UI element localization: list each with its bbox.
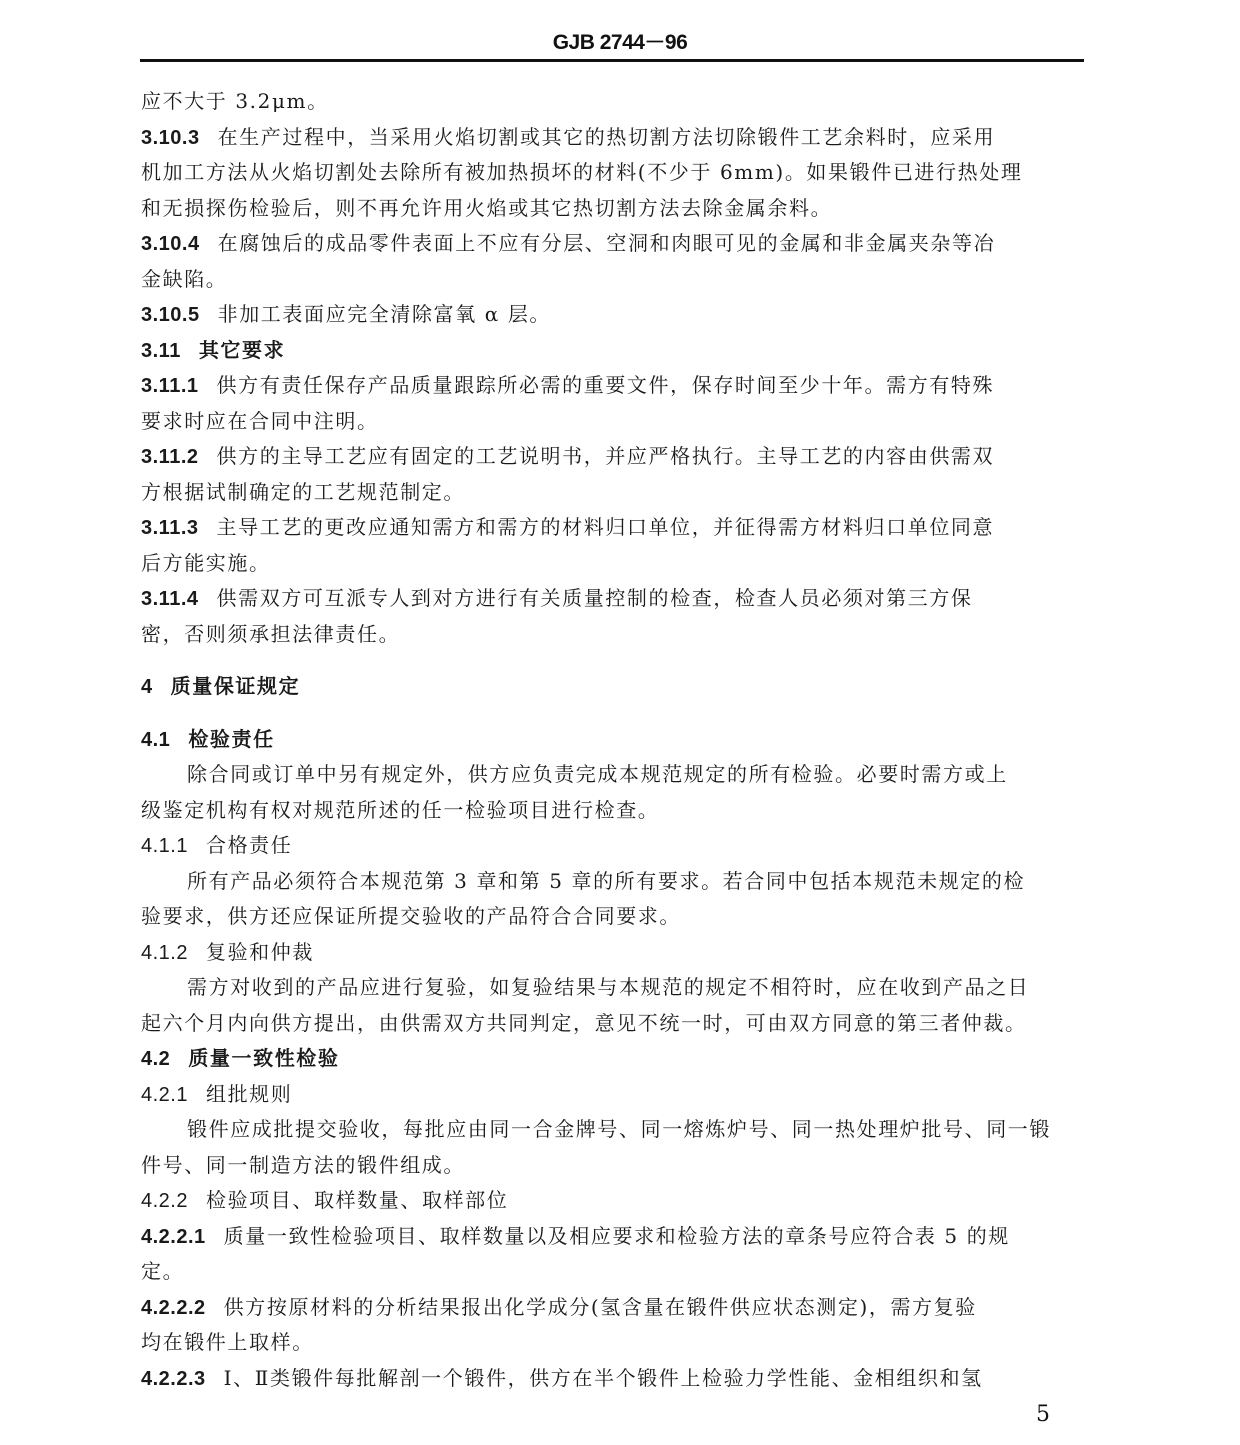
clause-number: 4.2.1	[141, 1084, 188, 1106]
paragraph-line: 锻件应成批提交验收，每批应由同一合金牌号、同一熔炼炉号、同一热处理炉批号、同一锻	[141, 1112, 1085, 1148]
paragraph-line: 定。	[141, 1254, 1085, 1290]
clause-number: 3.11.3	[141, 517, 199, 539]
chapter-heading-text: 质量保证规定	[171, 674, 301, 698]
clause-3-10-5: 3.10.5非加工表面应完全清除富氧 α 层。	[141, 297, 1085, 333]
section-heading-text: 检验责任	[188, 727, 274, 751]
paragraph-line: 需方对收到的产品应进行复验，如复验结果与本规范的规定不相符时，应在收到产品之日	[141, 970, 1085, 1006]
subsection-heading-4-2-2: 4.2.2检验项目、取样数量、取样部位	[141, 1183, 1085, 1219]
document-header-title: GJB 2744－96	[0, 26, 1240, 56]
clause-number: 4	[141, 676, 153, 698]
paragraph-line: 起六个月内向供方提出，由供需双方共同判定，意见不统一时，可由双方同意的第三者仲裁…	[141, 1006, 1085, 1042]
paragraph-line: 质量一致性检验项目、取样数量以及相应要求和检验方法的章条号应符合表 5 的规	[224, 1224, 1010, 1248]
paragraph-line: 应不大于 3.2μm。	[141, 84, 1085, 120]
paragraph-4-1: 除合同或订单中另有规定外，供方应负责完成本规范规定的所有检验。必要时需方或上 级…	[141, 757, 1085, 828]
clause-number: 3.10.3	[141, 127, 200, 149]
clause-number: 3.11.1	[141, 375, 199, 397]
clause-number: 4.1	[141, 729, 170, 751]
clause-number: 4.2.2	[141, 1190, 188, 1212]
paragraph-line: 在生产过程中，当采用火焰切割或其它的热切割方法切除锻件工艺余料时，应采用	[218, 125, 996, 149]
paragraph-line: 均在锻件上取样。	[141, 1325, 1085, 1361]
paragraph-line: 要求时应在合同中注明。	[141, 404, 1085, 440]
clause-3-10-4: 3.10.4在腐蚀后的成品零件表面上不应有分层、空洞和肉眼可见的金属和非金属夹杂…	[141, 226, 1085, 297]
clause-3-11-4: 3.11.4供需双方可互派专人到对方进行有关质量控制的检查，检查人员必须对第三方…	[141, 581, 1085, 652]
paragraph-line: 主导工艺的更改应通知需方和需方的材料归口单位，并征得需方材料归口单位同意	[217, 515, 995, 539]
document-body: 应不大于 3.2μm。 3.10.3在生产过程中，当采用火焰切割或其它的热切割方…	[141, 84, 1085, 1396]
section-heading-text: 其它要求	[199, 338, 285, 362]
paragraph-line: 所有产品必须符合本规范第 3 章和第 5 章的所有要求。若合同中包括本规范未规定…	[141, 864, 1085, 900]
subsection-heading-4-1-2: 4.1.2复验和仲裁	[141, 935, 1085, 971]
paragraph-line: 件号、同一制造方法的锻件组成。	[141, 1148, 1085, 1184]
header-divider	[140, 59, 1084, 62]
section-heading-4-2: 4.2质量一致性检验	[141, 1041, 1085, 1077]
clause-4-2-2-1: 4.2.2.1质量一致性检验项目、取样数量以及相应要求和检验方法的章条号应符合表…	[141, 1219, 1085, 1290]
section-heading-text: 质量一致性检验	[188, 1046, 339, 1070]
paragraph-line: 供方按原材料的分析结果报出化学成分(氢含量在锻件供应状态测定)，需方复验	[224, 1295, 977, 1319]
clause-number: 3.10.4	[141, 233, 200, 255]
subsection-heading-text: 组批规则	[206, 1082, 292, 1106]
section-heading-3-11: 3.11其它要求	[141, 333, 1085, 369]
paragraph-line: 密，否则须承担法律责任。	[141, 617, 1085, 653]
subsection-heading-text: 检验项目、取样数量、取样部位	[206, 1188, 508, 1212]
paragraph-line: 验要求，供方还应保证所提交验收的产品符合合同要求。	[141, 899, 1085, 935]
paragraph-line: 非加工表面应完全清除富氧 α 层。	[218, 302, 551, 326]
clause-number: 3.11	[141, 340, 181, 362]
clause-3-11-3: 3.11.3主导工艺的更改应通知需方和需方的材料归口单位，并征得需方材料归口单位…	[141, 510, 1085, 581]
paragraph-line: 方根据试制确定的工艺规范制定。	[141, 475, 1085, 511]
spacer	[141, 705, 1085, 722]
paragraph-4-1-1: 所有产品必须符合本规范第 3 章和第 5 章的所有要求。若合同中包括本规范未规定…	[141, 864, 1085, 935]
subsection-heading-text: 复验和仲裁	[206, 940, 314, 964]
chapter-heading-4: 4质量保证规定	[141, 669, 1085, 705]
subsection-heading-4-2-1: 4.2.1组批规则	[141, 1077, 1085, 1113]
clause-3-10-3: 3.10.3在生产过程中，当采用火焰切割或其它的热切割方法切除锻件工艺余料时，应…	[141, 120, 1085, 227]
clause-3-11-1: 3.11.1供方有责任保存产品质量跟踪所必需的重要文件，保存时间至少十年。需方有…	[141, 368, 1085, 439]
paragraph-line: 供需双方可互派专人到对方进行有关质量控制的检查，检查人员必须对第三方保	[217, 586, 973, 610]
paragraph-line: 供方有责任保存产品质量跟踪所必需的重要文件，保存时间至少十年。需方有特殊	[217, 373, 995, 397]
page-number: 5	[1036, 1402, 1050, 1427]
clause-number: 4.2.2.1	[141, 1226, 206, 1248]
spacer	[141, 652, 1085, 669]
paragraph-4-2-1: 锻件应成批提交验收，每批应由同一合金牌号、同一熔炼炉号、同一热处理炉批号、同一锻…	[141, 1112, 1085, 1183]
paragraph-line: 机加工方法从火焰切割处去除所有被加热损坏的材料(不少于 6mm)。如果锻件已进行…	[141, 155, 1085, 191]
clause-4-2-2-3: 4.2.2.3Ⅰ、Ⅱ类锻件每批解剖一个锻件，供方在半个锻件上检验力学性能、金相组…	[141, 1361, 1085, 1397]
clause-3-11-2: 3.11.2供方的主导工艺应有固定的工艺说明书，并应严格执行。主导工艺的内容由供…	[141, 439, 1085, 510]
paragraph-line: 在腐蚀后的成品零件表面上不应有分层、空洞和肉眼可见的金属和非金属夹杂等冶	[218, 231, 996, 255]
clause-number: 3.11.4	[141, 588, 199, 610]
paragraph-line: 金缺陷。	[141, 262, 1085, 298]
clause-4-2-2-2: 4.2.2.2供方按原材料的分析结果报出化学成分(氢含量在锻件供应状态测定)，需…	[141, 1290, 1085, 1361]
paragraph-line: 级鉴定机构有权对规范所述的任一检验项目进行检查。	[141, 793, 1085, 829]
clause-number: 4.2.2.2	[141, 1297, 206, 1319]
clause-number: 4.2.2.3	[141, 1368, 206, 1390]
paragraph-line: 后方能实施。	[141, 546, 1085, 582]
clause-number: 4.2	[141, 1048, 170, 1070]
paragraph-line: Ⅰ、Ⅱ类锻件每批解剖一个锻件，供方在半个锻件上检验力学性能、金相组织和氢	[224, 1366, 983, 1390]
clause-number: 3.11.2	[141, 446, 199, 468]
subsection-heading-4-1-1: 4.1.1合格责任	[141, 828, 1085, 864]
paragraph-line: 供方的主导工艺应有固定的工艺说明书，并应严格执行。主导工艺的内容由供需双	[217, 444, 995, 468]
paragraph-line: 除合同或订单中另有规定外，供方应负责完成本规范规定的所有检验。必要时需方或上	[141, 757, 1085, 793]
clause-number: 4.1.1	[141, 835, 188, 857]
clause-number: 4.1.2	[141, 942, 188, 964]
subsection-heading-text: 合格责任	[206, 833, 292, 857]
paragraph-4-1-2: 需方对收到的产品应进行复验，如复验结果与本规范的规定不相符时，应在收到产品之日 …	[141, 970, 1085, 1041]
paragraph-line: 和无损探伤检验后，则不再允许用火焰或其它热切割方法去除金属余料。	[141, 191, 1085, 227]
clause-number: 3.10.5	[141, 304, 200, 326]
section-heading-4-1: 4.1检验责任	[141, 722, 1085, 758]
